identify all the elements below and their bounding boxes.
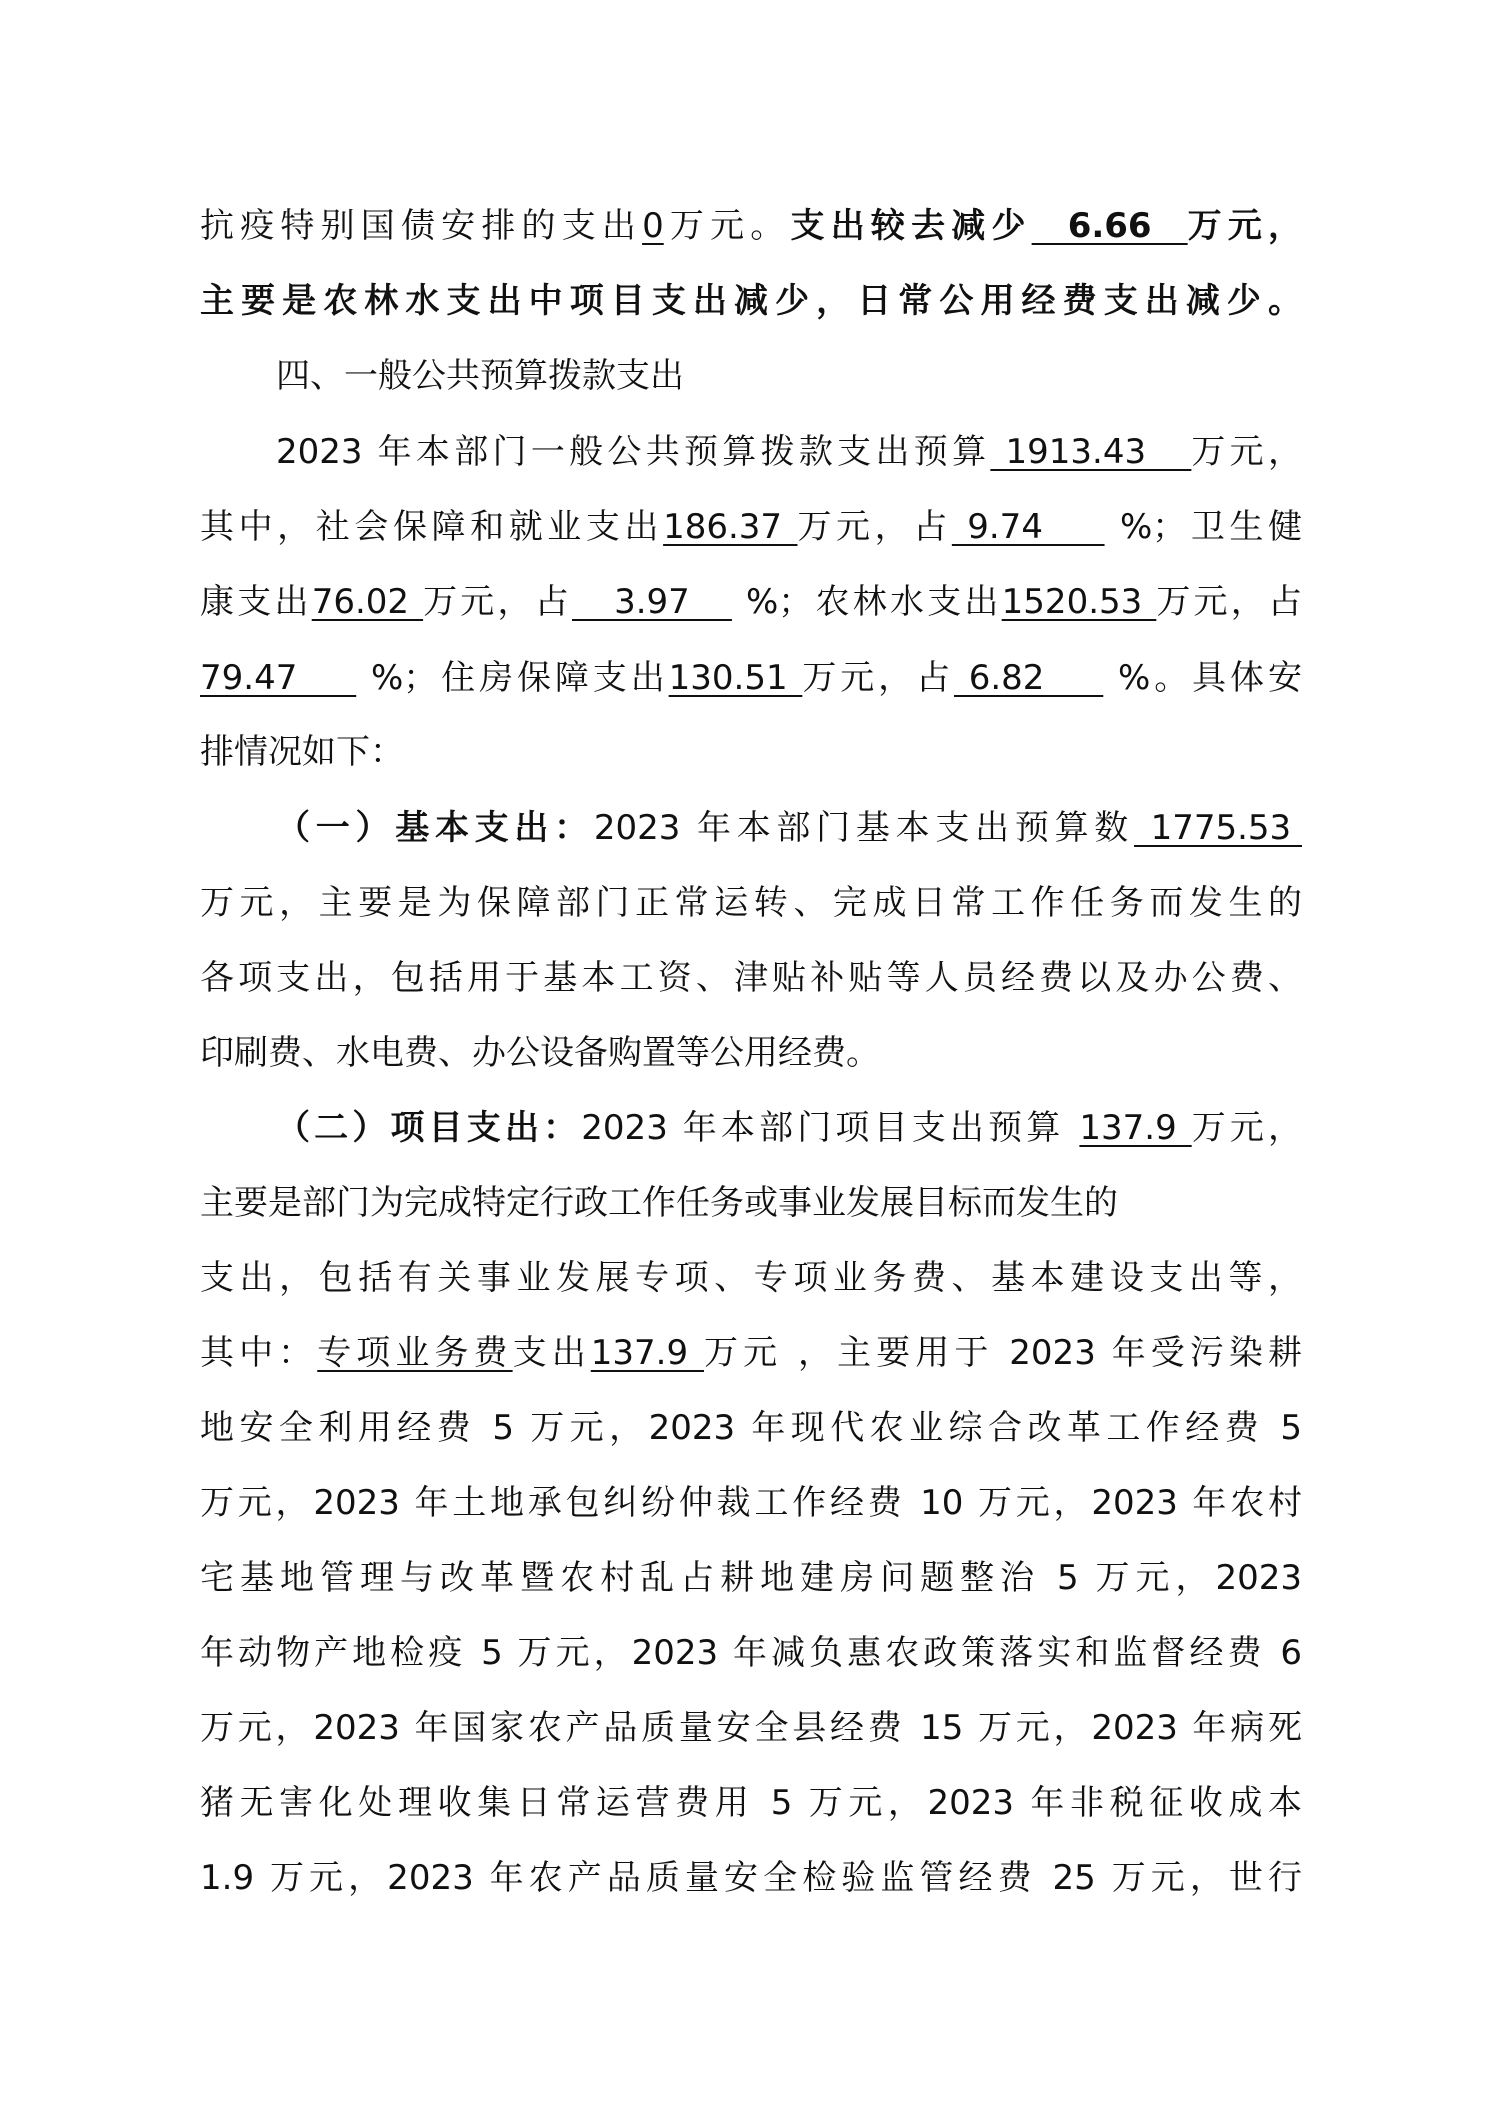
text-segment: 抗疫特别国债安排的支出 <box>200 206 642 246</box>
text-segment: 其中： <box>200 1333 317 1373</box>
underlined-value: 1520.53 <box>1002 582 1157 622</box>
text-segment: 2023 年本部门项目支出预算 <box>581 1108 1079 1148</box>
text-line: 万元，2023 年国家农产品质量安全县经费 15 万元，2023 年病死 <box>200 1703 1302 1753</box>
text-segment: %。具体安 <box>1103 658 1302 698</box>
text-segment: 各项支出，包括用于基本工资、津贴补贴等人员经费以及办公费、 <box>200 958 1302 998</box>
text-line: 其中，社会保障和就业支出186.37 万元，占 9.74 %；卫生健 <box>200 502 1302 552</box>
text-line: 排情况如下： <box>200 727 1302 777</box>
text-line: 主要是农林水支出中项目支出减少，日常公用经费支出减少。 <box>200 276 1302 326</box>
text-segment: 康支出 <box>200 582 312 622</box>
text-line: 支出，包括有关事业发展专项、专项业务费、基本建设支出等， <box>200 1253 1302 1303</box>
text-line: 四、一般公共预算拨款支出 <box>276 351 1302 401</box>
underlined-value: 0 <box>642 206 664 246</box>
text-line: （一）基本支出：2023 年本部门基本支出预算数 1775.53 <box>276 803 1302 853</box>
text-segment: 万元。 <box>664 206 791 246</box>
text-line: 宅基地管理与改革暨农村乱占耕地建房问题整治 5 万元，2023 <box>200 1553 1302 1603</box>
text-segment: 万元，2023 年土地承包纠纷仲裁工作经费 10 万元，2023 年农村 <box>200 1483 1302 1523</box>
text-segment: 万元 ，主要用于 2023 年受污染耕 <box>704 1333 1302 1373</box>
underlined-value: 1775.53 <box>1134 808 1302 848</box>
text-segment: 万元，占 <box>802 658 954 698</box>
text-line: 主要是部门为完成特定行政工作任务或事业发展目标而发生的 <box>200 1178 1302 1228</box>
text-segment: 1.9 万元，2023 年农产品质量安全检验监管经费 25 万元，世行 <box>200 1858 1302 1898</box>
text-line: 年动物产地检疫 5 万元，2023 年减负惠农政策落实和监督经费 6 <box>200 1628 1302 1678</box>
text-segment: 其中，社会保障和就业支出 <box>200 507 663 547</box>
text-line: 抗疫特别国债安排的支出0万元。支出较去减少 6.66 万元， <box>200 201 1302 251</box>
text-segment: 万元，主要是为保障部门正常运转、完成日常工作任务而发生的 <box>200 883 1302 923</box>
text-segment: 地安全利用经费 5 万元，2023 年现代农业综合改革工作经费 5 <box>200 1408 1302 1448</box>
text-segment: %；住房保障支出 <box>356 658 668 698</box>
text-segment: 2023 年本部门基本支出预算数 <box>594 808 1134 848</box>
underlined-value: 130.51 <box>669 658 803 698</box>
underlined-value: 3.97 <box>572 582 732 622</box>
underlined-value: 79.47 <box>200 658 356 698</box>
text-segment: %；农林水支出 <box>732 582 1002 622</box>
text-segment: 万元， <box>1192 1108 1302 1148</box>
text-segment: 主要是部门为完成特定行政工作任务或事业发展目标而发生的 <box>200 1183 1118 1223</box>
bold-text: 支出较去减少 <box>791 206 1032 246</box>
text-segment: 万元，占 <box>423 582 572 622</box>
underlined-value: 9.74 <box>952 507 1105 547</box>
underlined-value: 专项业务费 <box>317 1333 512 1373</box>
text-line: 1.9 万元，2023 年农产品质量安全检验监管经费 25 万元，世行 <box>200 1853 1302 1903</box>
text-segment: 印刷费、水电费、办公设备购置等公用经费。 <box>200 1033 880 1073</box>
text-segment: 支出 <box>513 1333 591 1373</box>
text-segment: 2023 年本部门一般公共预算拨款支出预算 <box>276 432 990 472</box>
text-line: 地安全利用经费 5 万元，2023 年现代农业综合改革工作经费 5 <box>200 1403 1302 1453</box>
text-segment: 万元，2023 年国家农产品质量安全县经费 15 万元，2023 年病死 <box>200 1708 1302 1748</box>
text-segment: 宅基地管理与改革暨农村乱占耕地建房问题整治 5 万元，2023 <box>200 1558 1302 1598</box>
text-line: 猪无害化处理收集日常运营费用 5 万元，2023 年非税征收成本 <box>200 1778 1302 1828</box>
text-line: 康支出76.02 万元，占 3.97 %；农林水支出1520.53 万元，占 <box>200 577 1302 627</box>
text-line: 2023 年本部门一般公共预算拨款支出预算 1913.43 万元， <box>276 427 1302 477</box>
text-line: （二）项目支出：2023 年本部门项目支出预算 137.9 万元， <box>276 1103 1302 1153</box>
underlined-value: 137.9 <box>1079 1108 1191 1148</box>
text-line: 79.47 %；住房保障支出130.51 万元，占 6.82 %。具体安 <box>200 653 1302 703</box>
text-segment: 万元，占 <box>1156 582 1302 622</box>
bold-text: 主要是农林水支出中项目支出减少，日常公用经费支出减少。 <box>200 281 1302 321</box>
bold-text: （二）项目支出： <box>276 1108 581 1148</box>
text-segment: 万元，占 <box>797 507 951 547</box>
underlined-value: 186.37 <box>663 507 797 547</box>
bold-text: （一）基本支出： <box>276 808 594 848</box>
text-line: 各项支出，包括用于基本工资、津贴补贴等人员经费以及办公费、 <box>200 953 1302 1003</box>
underlined-value: 76.02 <box>312 582 423 622</box>
text-line: 其中：专项业务费支出137.9 万元 ，主要用于 2023 年受污染耕 <box>200 1328 1302 1378</box>
text-segment: 万元， <box>1191 432 1302 472</box>
text-segment: %；卫生健 <box>1105 507 1302 547</box>
underlined-value: 137.9 <box>591 1333 704 1373</box>
text-segment: 支出，包括有关事业发展专项、专项业务费、基本建设支出等， <box>200 1258 1302 1298</box>
text-segment: 猪无害化处理收集日常运营费用 5 万元，2023 年非税征收成本 <box>200 1783 1302 1823</box>
document-page: 抗疫特别国债安排的支出0万元。支出较去减少 6.66 万元，主要是农林水支出中项… <box>0 0 1488 2104</box>
underlined-value: 6.82 <box>954 658 1103 698</box>
underlined-value: 1913.43 <box>990 432 1191 472</box>
bold-text: 万元， <box>1188 206 1302 246</box>
text-line: 印刷费、水电费、办公设备购置等公用经费。 <box>200 1028 1302 1078</box>
text-line: 万元，2023 年土地承包纠纷仲裁工作经费 10 万元，2023 年农村 <box>200 1478 1302 1528</box>
text-segment: 年动物产地检疫 5 万元，2023 年减负惠农政策落实和监督经费 6 <box>200 1633 1302 1673</box>
text-segment: 排情况如下： <box>200 732 404 772</box>
underlined-value: 6.66 <box>1032 206 1188 246</box>
text-segment: 四、一般公共预算拨款支出 <box>276 356 684 396</box>
text-line: 万元，主要是为保障部门正常运转、完成日常工作任务而发生的 <box>200 878 1302 928</box>
